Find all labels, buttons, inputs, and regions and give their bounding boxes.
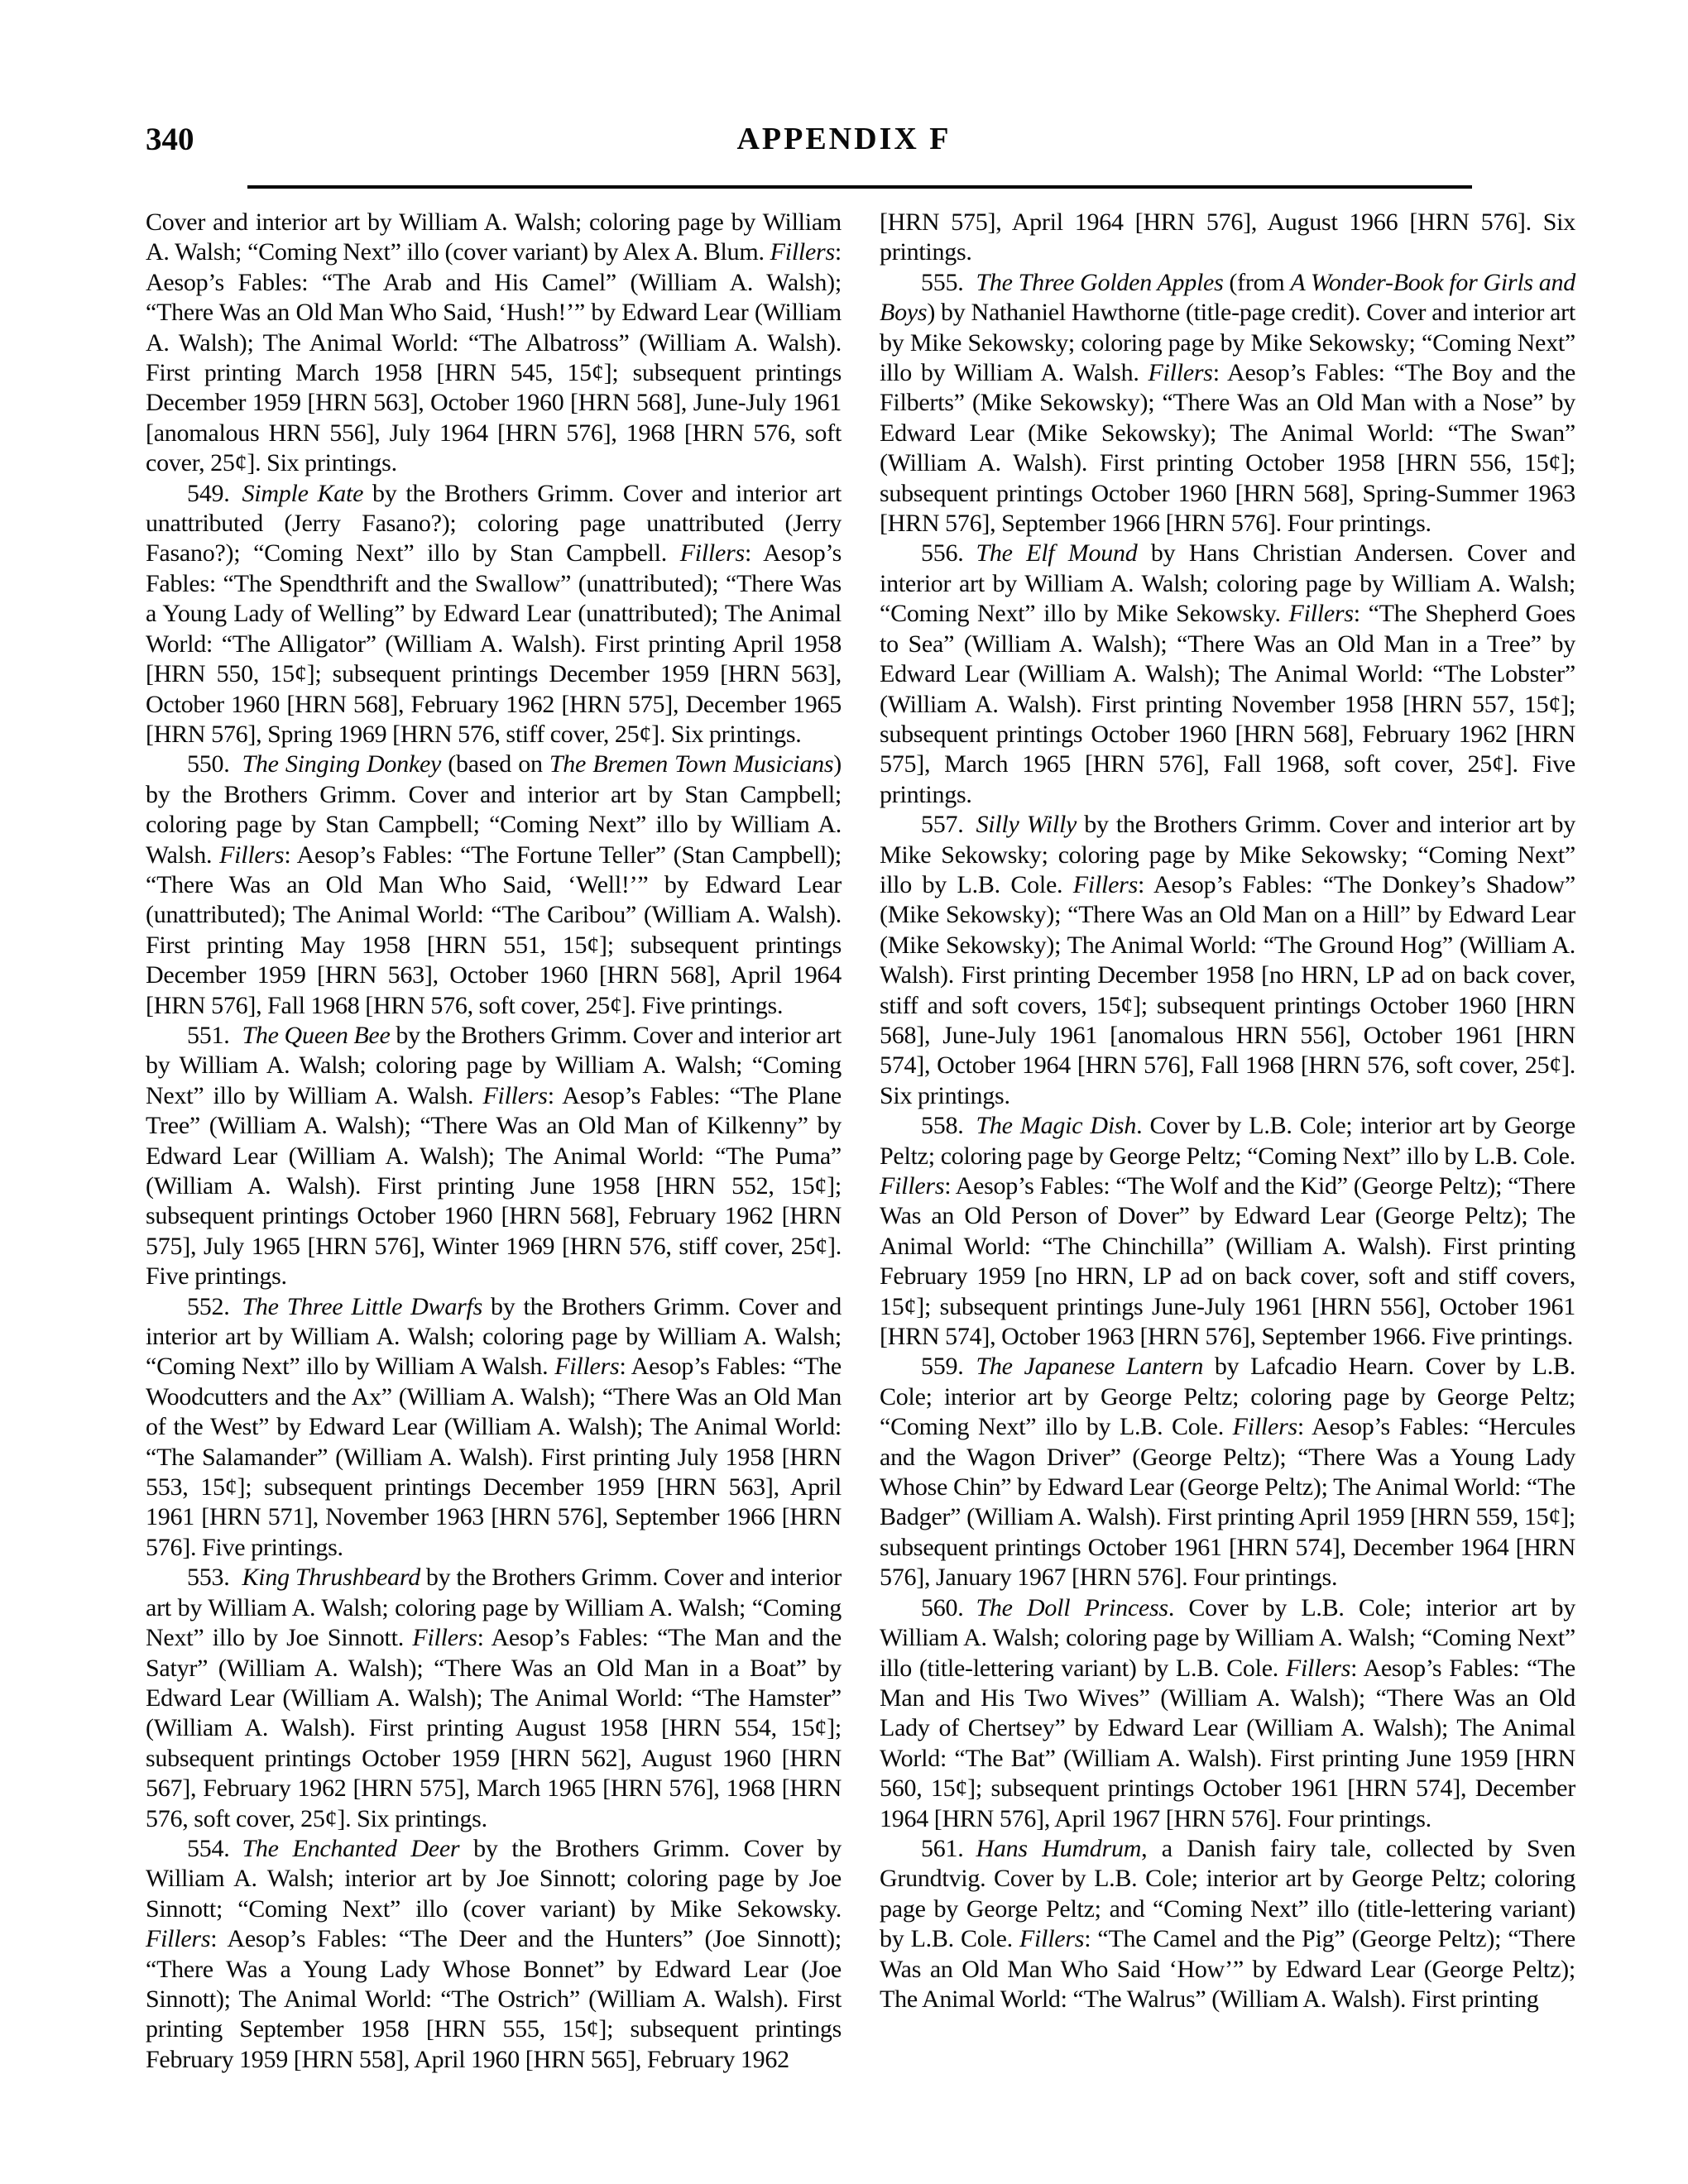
text-run: : “The Shepherd Goes to Sea” (William A.… (880, 600, 1575, 807)
italic-text: The Enchanted Deer (242, 1835, 460, 1862)
italic-text: The Bremen Town Musicians (549, 750, 833, 778)
entry-number: 550. (187, 750, 230, 778)
entry-paragraph: Cover and interior art by William A. Wal… (146, 208, 842, 479)
entry-number: 558. (921, 1112, 964, 1139)
text-run: : Aesop’s Fables: “The Wolf and the Kid”… (880, 1172, 1575, 1350)
entry-number: 552. (187, 1293, 230, 1320)
italic-text: The Singing Donkey (242, 750, 442, 778)
entry-paragraph: 551.The Queen Bee by the Brothers Grimm.… (146, 1021, 842, 1292)
text-run: (from (1224, 269, 1291, 296)
text-run: Cover and interior art by William A. Wal… (146, 208, 842, 266)
entry-number: 556. (921, 539, 964, 567)
italic-text: The Japanese Lantern (976, 1353, 1204, 1380)
italic-text: Fillers (680, 539, 745, 567)
italic-text: Fillers (146, 1925, 210, 1952)
italic-text: Simple Kate (242, 480, 364, 507)
book-page: 340 APPENDIX F Cover and interior art by… (0, 0, 1688, 2184)
text-run: : Aesop’s Fables: “The Arab and His Came… (146, 238, 842, 477)
italic-text: Fillers (1286, 1655, 1350, 1682)
entry-paragraph: 558.The Magic Dish. Cover by L.B. Cole; … (880, 1111, 1575, 1352)
italic-text: Hans Humdrum (976, 1835, 1142, 1862)
italic-text: Fillers (412, 1624, 477, 1651)
text-run: : Aesop’s Fables: “The Spendthrift and t… (146, 539, 842, 747)
entry-number: 555. (921, 269, 964, 296)
italic-text: Fillers (1019, 1925, 1084, 1952)
entry-paragraph: 550.The Singing Donkey (based on The Bre… (146, 750, 842, 1021)
text-columns: Cover and interior art by William A. Wal… (146, 208, 1575, 2075)
entry-paragraph: 560.The Doll Princess. Cover by L.B. Col… (880, 1593, 1575, 1834)
italic-text: Silly Willy (976, 811, 1077, 838)
italic-text: Fillers (219, 841, 284, 869)
entry-paragraph: 553.King Thrushbeard by the Brothers Gri… (146, 1563, 842, 1834)
header-rule (247, 185, 1472, 189)
italic-text: The Doll Princess (976, 1594, 1168, 1621)
entry-paragraph: 555.The Three Golden Apples (from A Wond… (880, 268, 1575, 539)
entry-paragraph: 549.Simple Kate by the Brothers Grimm. C… (146, 479, 842, 750)
entry-paragraph: 552.The Three Little Dwarfs by the Broth… (146, 1292, 842, 1564)
entry-paragraph: 559.The Japanese Lantern by Lafcadio Hea… (880, 1352, 1575, 1592)
entry-paragraph: [HRN 575], April 1964 [HRN 576], August … (880, 208, 1575, 268)
italic-text: Fillers (554, 1353, 619, 1380)
text-run: : Aesop’s Fables: “The Woodcutters and t… (146, 1353, 842, 1560)
entry-number: 561. (921, 1835, 964, 1862)
entry-number: 560. (921, 1594, 964, 1621)
text-run: : Aesop’s Fables: “The Deer and the Hunt… (146, 1925, 842, 2073)
entry-number: 551. (187, 1022, 230, 1049)
italic-text: King Thrushbeard (242, 1564, 420, 1591)
italic-text: Fillers (1148, 359, 1212, 386)
entry-paragraph: 561.Hans Humdrum, a Danish fairy tale, c… (880, 1834, 1575, 2014)
italic-text: Fillers (880, 1172, 944, 1200)
entry-paragraph: 554.The Enchanted Deer by the Brothers G… (146, 1834, 842, 2075)
italic-text: The Magic Dish (976, 1112, 1137, 1139)
italic-text: The Elf Mound (976, 539, 1138, 567)
italic-text: Fillers (1289, 600, 1354, 627)
text-run: : Aesop’s Fables: “The Donkey’s Shadow” … (880, 871, 1575, 1109)
column-left: Cover and interior art by William A. Wal… (146, 208, 842, 2075)
text-run: : Aesop’s Fables: “The Man and the Satyr… (146, 1624, 842, 1832)
entry-number: 549. (187, 480, 230, 507)
italic-text: The Three Golden Apples (976, 269, 1224, 296)
italic-text: The Three Little Dwarfs (242, 1293, 483, 1320)
text-run: [HRN 575], April 1964 [HRN 576], August … (880, 208, 1575, 266)
italic-text: Fillers (1233, 1413, 1297, 1440)
text-run: : Aesop’s Fables: “The Plane Tree” (Will… (146, 1082, 842, 1290)
entry-number: 553. (187, 1564, 230, 1591)
entry-paragraph: 556.The Elf Mound by Hans Christian Ande… (880, 539, 1575, 810)
italic-text: Fillers (482, 1082, 547, 1109)
italic-text: Fillers (770, 238, 835, 266)
text-run: (based on (441, 750, 549, 778)
entry-number: 554. (187, 1835, 230, 1862)
column-right: [HRN 575], April 1964 [HRN 576], August … (880, 208, 1575, 2014)
page-title: APPENDIX F (0, 121, 1688, 157)
entry-paragraph: 557.Silly Willy by the Brothers Grimm. C… (880, 810, 1575, 1111)
entry-number: 559. (921, 1353, 964, 1380)
italic-text: Fillers (1073, 871, 1138, 898)
italic-text: The Queen Bee (242, 1022, 391, 1049)
entry-number: 557. (921, 811, 964, 838)
